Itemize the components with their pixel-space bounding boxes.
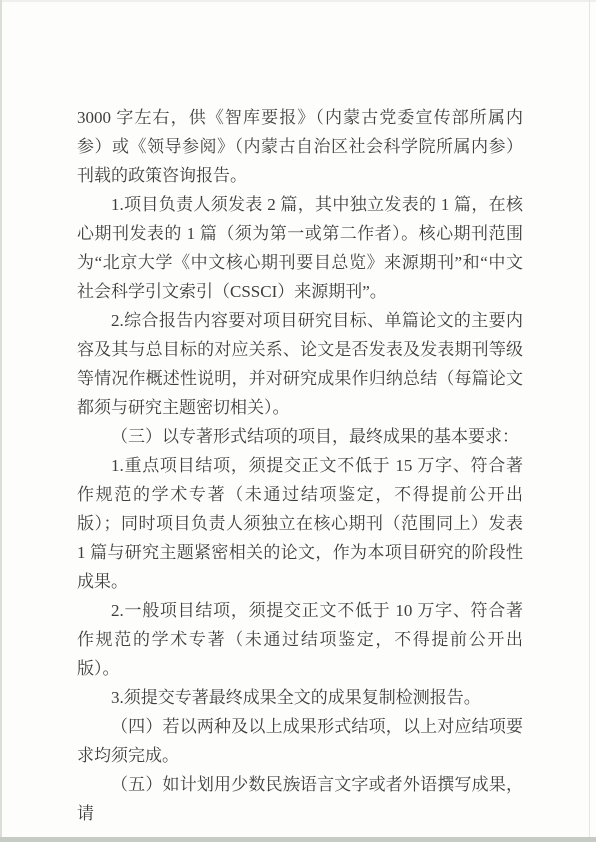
scan-edge-top bbox=[0, 0, 596, 2]
paragraph-item-2: 2.综合报告内容要对项目研究目标、单篇论文的主要内容及其与总目标的对应关系、论文… bbox=[77, 306, 523, 422]
paragraph-item-2-general-projects: 2.一般项目结项，须提交正文不低于 10 万字、符合著作规范的学术专著（未通过结… bbox=[77, 596, 523, 683]
paragraph-item-1-key-projects: 1.重点项目结项，须提交正文不低于 15 万字、符合著作规范的学术专著（未通过结… bbox=[77, 451, 523, 596]
scan-edge-right bbox=[589, 0, 590, 842]
section-heading-4: （四）若以两种及以上成果形式结项，以上对应结项要求均须完成。 bbox=[77, 712, 523, 770]
document-body: 3000 字左右，供《智库要报》（内蒙古党委宣传部所属内参）或《领导参阅》（内蒙… bbox=[77, 103, 523, 828]
paragraph-item-3-plagiarism-report: 3.须提交专著最终成果全文的成果复制检测报告。 bbox=[77, 683, 523, 712]
document-page: 3000 字左右，供《智库要报》（内蒙古党委宣传部所属内参）或《领导参阅》（内蒙… bbox=[0, 0, 596, 842]
page-number: 7 bbox=[0, 780, 596, 792]
section-heading-5: （五）如计划用少数民族语言文字或者外语撰写成果，请 bbox=[77, 770, 523, 828]
paragraph-item-1: 1.项目负责人须发表 2 篇，其中独立发表的 1 篇，在核心期刊发表的 1 篇（… bbox=[77, 190, 523, 306]
paragraph-continuation: 3000 字左右，供《智库要报》（内蒙古党委宣传部所属内参）或《领导参阅》（内蒙… bbox=[77, 103, 523, 190]
section-heading-3: （三）以专著形式结项的项目，最终成果的基本要求： bbox=[77, 422, 523, 451]
scan-edge-bottom bbox=[0, 837, 596, 842]
scan-edge-left bbox=[0, 0, 2, 842]
